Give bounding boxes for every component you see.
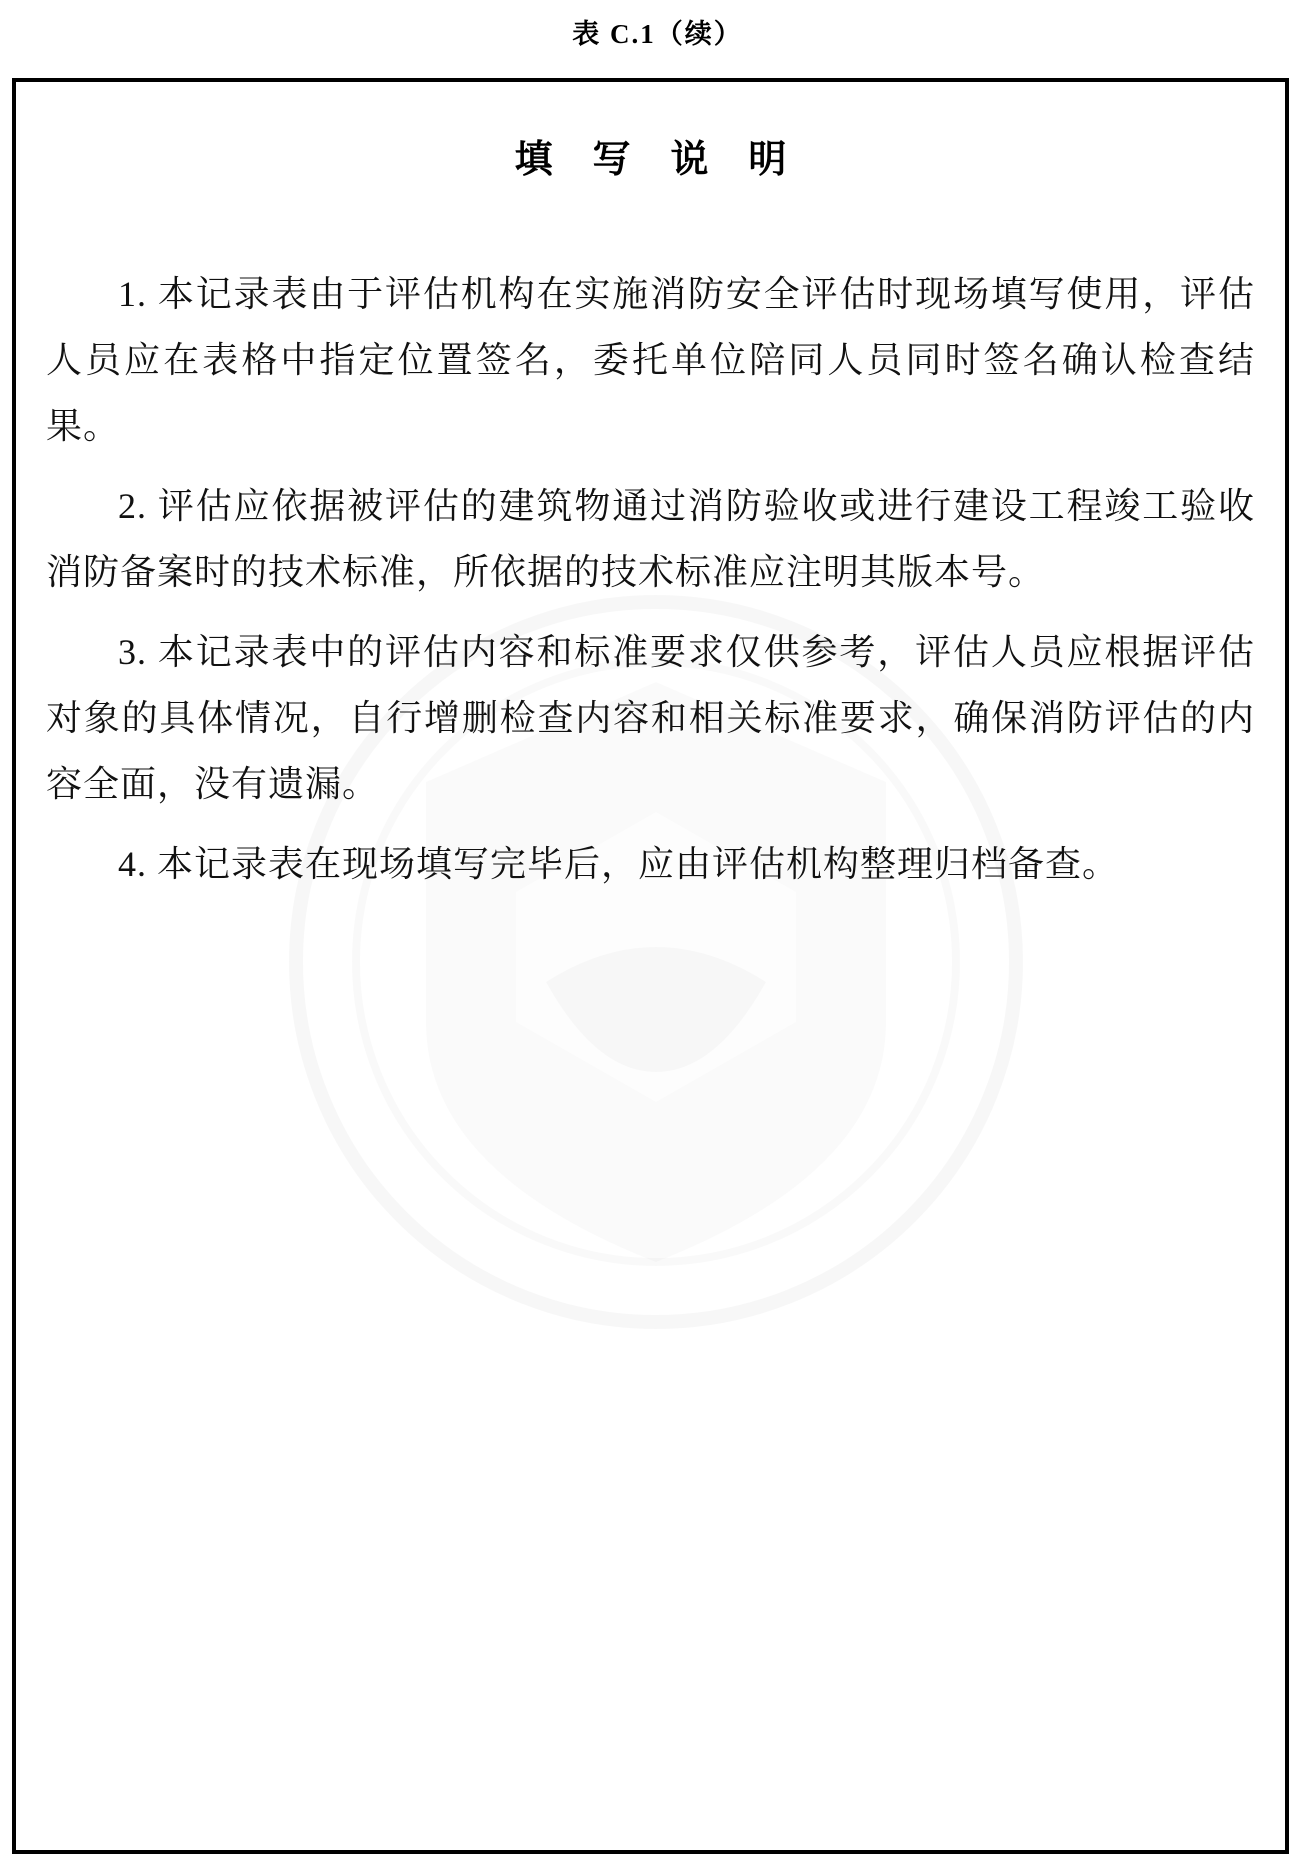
instruction-paragraph-3: 3. 本记录表中的评估内容和标准要求仅供参考，评估人员应根据评估对象的具体情况，… [46,619,1255,817]
instruction-paragraph-4: 4. 本记录表在现场填写完毕后，应由评估机构整理归档备查。 [46,831,1255,897]
table-continuation-header: 表 C.1（续） [0,12,1315,51]
instructions-body: 1. 本记录表由于评估机构在实施消防安全评估时现场填写使用，评估人员应在表格中指… [46,261,1255,897]
document-border-frame: 填写说明 1. 本记录表由于评估机构在实施消防安全评估时现场填写使用，评估人员应… [12,78,1289,1854]
instruction-paragraph-2: 2. 评估应依据被评估的建筑物通过消防验收或进行建设工程竣工验收消防备案时的技术… [46,473,1255,605]
instruction-paragraph-1: 1. 本记录表由于评估机构在实施消防安全评估时现场填写使用，评估人员应在表格中指… [46,261,1255,459]
document-page: { "page": { "header": "表 C.1（续）", "title… [0,0,1315,1873]
fill-instructions-title: 填写说明 [16,128,1285,183]
